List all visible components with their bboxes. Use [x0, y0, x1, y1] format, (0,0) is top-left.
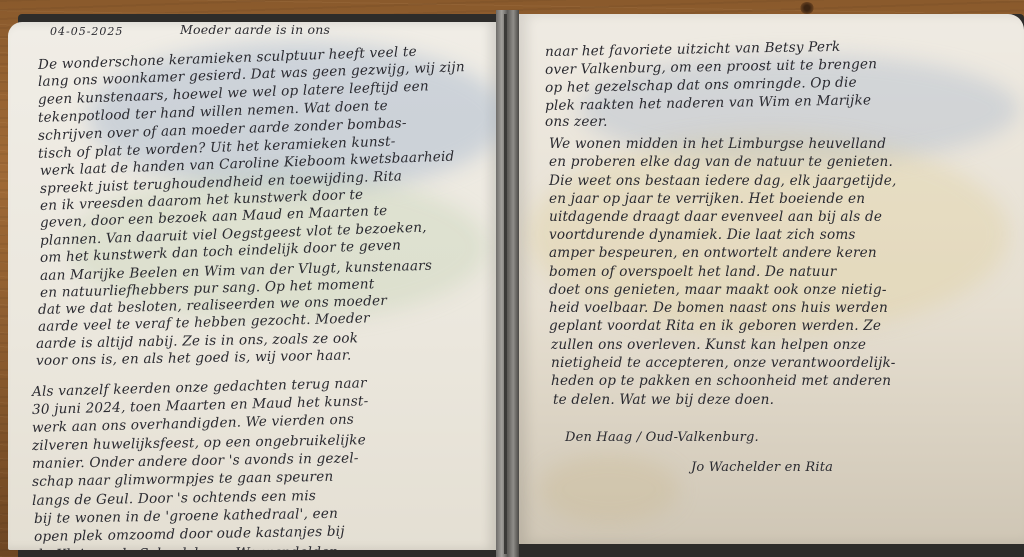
spine-gutter [504, 14, 507, 554]
wood-knot [800, 2, 814, 14]
text-line: de Kluis op de Schaelsberg. We wandelden [34, 544, 338, 550]
text-line: plek raakten het naderen van Wim en Mari… [545, 92, 871, 114]
entry-date: 04-05-2025 [50, 25, 123, 38]
text-line: Die weet ons bestaan iedere dag, elk jaa… [549, 173, 897, 189]
text-line: te delen. Wat we bij deze doen. [553, 392, 774, 408]
text-line: heden op te pakken en schoonheid met and… [551, 373, 891, 389]
text-line: amper bespeuren, en ontwortelt andere ke… [549, 245, 877, 261]
text-line: voortdurende dynamiek. Die laat zich som… [549, 227, 856, 243]
left-page: 04-05-2025 Moeder aarde is in ons De won… [8, 22, 496, 550]
right-page: naar het favoriete uitzicht van Betsy Pe… [519, 14, 1024, 544]
text-line: bomen of overspoelt het land. De natuur [549, 264, 836, 280]
signature: Jo Wachelder en Rita [691, 460, 833, 475]
text-line: geplant voordat Rita en ik geboren werde… [549, 318, 881, 334]
entry-title: Moeder aarde is in ons [180, 22, 330, 37]
text-line: en proberen elke dag van de natuur te ge… [549, 154, 893, 170]
text-line: We wonen midden in het Limburgse heuvell… [549, 136, 886, 152]
text-line: uitdagende draagt daar evenveel aan bij … [549, 209, 882, 225]
text-line: heid voelbaar. De bomen naast ons huis w… [549, 300, 888, 316]
text-line: zullen ons overleven. Kunst kan helpen o… [551, 337, 866, 353]
text-line: open plek omzoomd door oude kastanjes bi… [34, 524, 345, 545]
place-name: Den Haag / Oud-Valkenburg. [565, 430, 759, 445]
text-line: nietigheid te accepteren, onze verantwoo… [551, 355, 896, 371]
text-line: doet ons genieten, maar maakt ook onze n… [549, 282, 887, 298]
notebook-spine [496, 10, 519, 557]
text-line: schap naar glimwormpjes te gaan speuren [32, 469, 334, 490]
paper-stain [539, 454, 679, 524]
text-line: en jaar op jaar te verrijken. Het boeien… [549, 191, 865, 207]
text-line: ons zeer. [545, 114, 608, 130]
